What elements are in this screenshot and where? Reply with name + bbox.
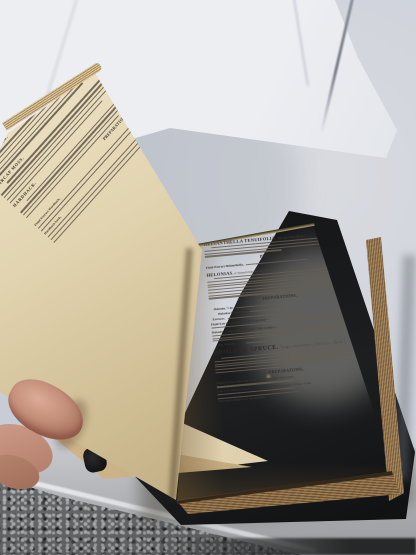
photo-antique-book: ORGANIC MATERIA MEDICA. 93 HELIANTHELLA … [0, 0, 416, 555]
floor-dark-edge [150, 538, 416, 555]
